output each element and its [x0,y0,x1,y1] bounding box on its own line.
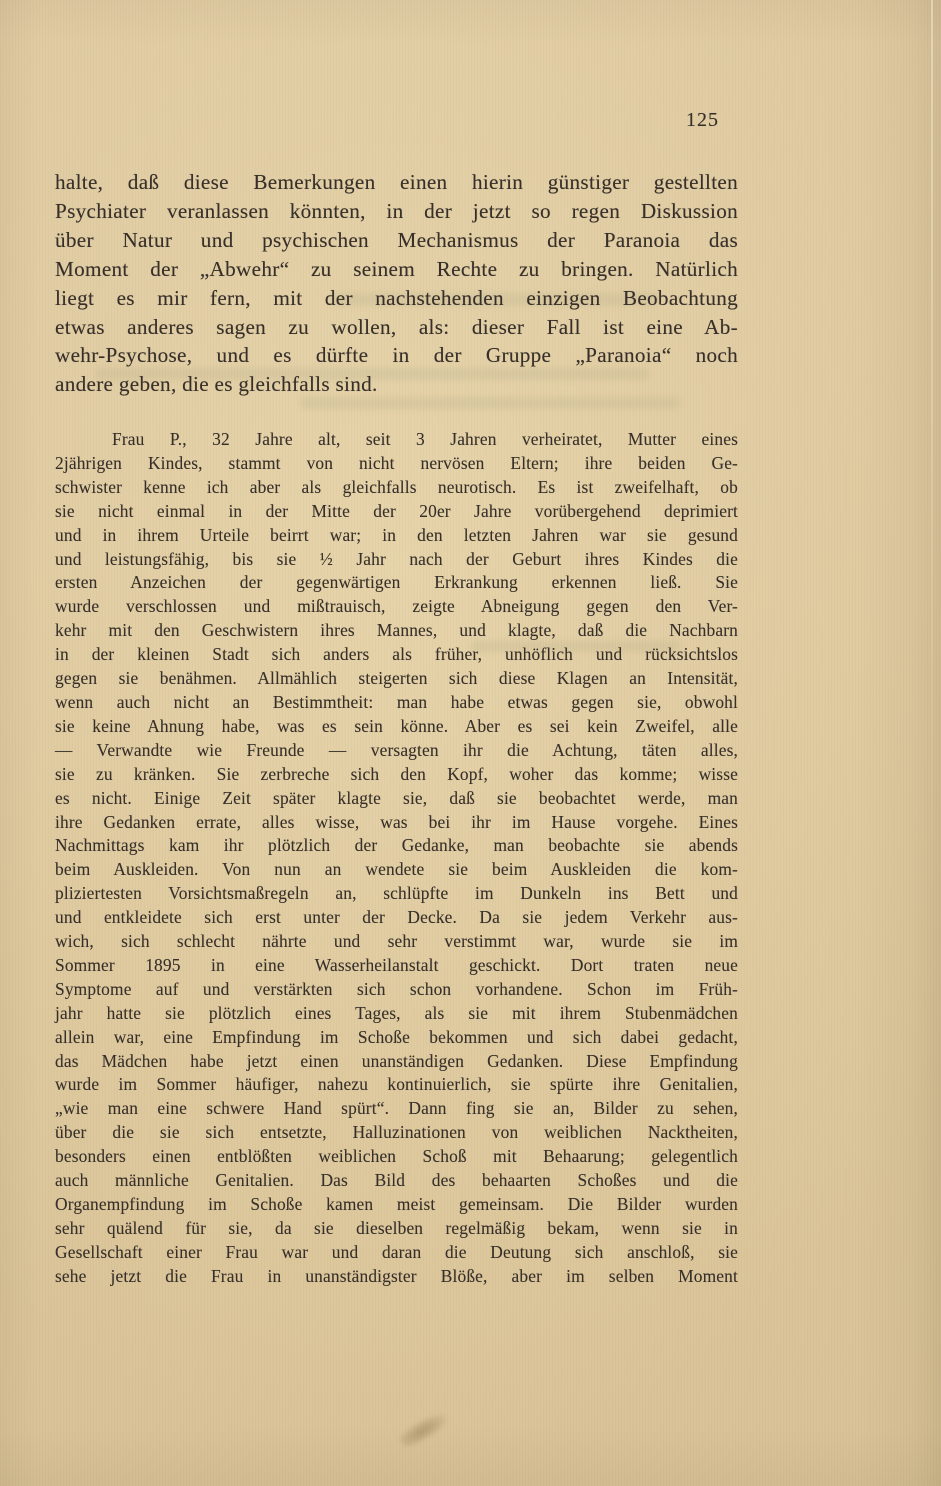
text-line: über Natur und psychischen Mechanismus d… [55,226,738,255]
page-edge-highlight [931,0,933,921]
text-line: andere geben, die es gleichfalls sind. [55,370,738,399]
text-line: — Verwandte wie Freunde — versagten ihr … [55,739,738,763]
main-paragraph: halte, daß diese Bemerkungen einen hieri… [55,168,738,399]
text-line: sie zu kränken. Sie zerbreche sich den K… [55,763,738,787]
text-line: Sommer 1895 in eine Wasserheilanstalt ge… [55,954,738,978]
text-line: Nachmittags kam ihr plötzlich der Gedank… [55,834,738,858]
scanned-book-page: 125 halte, daß diese Bemerkungen einen h… [0,0,941,1486]
text-line: allein war, eine Empfindung im Schoße be… [55,1026,738,1050]
text-line: und entkleidete sich erst unter der Deck… [55,906,738,930]
text-line: das Mädchen habe jetzt einen unanständig… [55,1050,738,1074]
text-line: wurde verschlossen und mißtrauisch, zeig… [55,595,738,619]
text-line: über die sie sich entsetzte, Halluzinati… [55,1121,738,1145]
case-study-paragraph: Frau P., 32 Jahre alt, seit 3 Jahren ver… [55,428,738,1289]
text-line: „wie man eine schwere Hand spürt“. Dann … [55,1097,738,1121]
text-line: wehr-Psychose, und es dürfte in der Grup… [55,341,738,370]
text-line: Moment der „Abwehr“ zu seinem Rechte zu … [55,255,738,284]
text-line: Organempfindung im Schoße kamen meist ge… [55,1193,738,1217]
text-line: beim Auskleiden. Von nun an wendete sie … [55,858,738,882]
text-line: auch männliche Genitalien. Das Bild des … [55,1169,738,1193]
text-line: jahr hatte sie plötzlich eines Tages, al… [55,1002,738,1026]
text-line: gegen sie benähmen. Allmählich steigerte… [55,667,738,691]
text-line: ihre Gedanken errate, alles wisse, was b… [55,811,738,835]
text-line: wenn auch nicht an Bestimmtheit: man hab… [55,691,738,715]
text-line: Gesellschaft einer Frau war und daran di… [55,1241,738,1265]
text-line: etwas anderes sagen zu wollen, als: dies… [55,313,738,342]
text-line: wich, sich schlecht nährte und sehr vers… [55,930,738,954]
text-line: halte, daß diese Bemerkungen einen hieri… [55,168,738,197]
text-line: kehr mit den Geschwistern ihres Mannes, … [55,619,738,643]
text-line: Psychiater veranlassen könnten, in der j… [55,197,738,226]
text-line: es nicht. Einige Zeit später klagte sie,… [55,787,738,811]
text-line: sehe jetzt die Frau in unanständigster B… [55,1265,738,1289]
text-line: Frau P., 32 Jahre alt, seit 3 Jahren ver… [55,428,738,452]
text-line: und in ihrem Urteile beirrt war; in den … [55,524,738,548]
text-line: sie nicht einmal in der Mitte der 20er J… [55,500,738,524]
text-line: besonders einen entblößten weiblichen Sc… [55,1145,738,1169]
text-line: schwister kenne ich aber als gleichfalls… [55,476,738,500]
text-line: sie keine Ahnung habe, was es sein könne… [55,715,738,739]
text-line: liegt es mir fern, mit der nachstehenden… [55,284,738,313]
ink-smudge-artifact [397,1408,451,1450]
text-line: 2jährigen Kindes, stammt von nicht nervö… [55,452,738,476]
text-line: wurde im Sommer häufiger, nahezu kontinu… [55,1073,738,1097]
text-line: ersten Anzeichen der gegenwärtigen Erkra… [55,571,738,595]
text-line: Symptome auf und verstärkten sich schon … [55,978,738,1002]
page-number: 125 [686,109,719,132]
text-line: pliziertesten Vorsichtsmaßregeln an, sch… [55,882,738,906]
text-line: und leistungsfähig, bis sie ½ Jahr nach … [55,548,738,572]
text-line: sehr quälend für sie, da sie dieselben r… [55,1217,738,1241]
text-line: in der kleinen Stadt sich anders als frü… [55,643,738,667]
